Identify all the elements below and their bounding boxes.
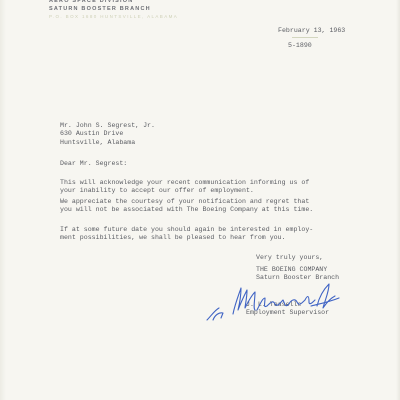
letter-date: February 13, 1963 [278,27,345,35]
body-paragraph-1: This will acknowledge your recent commun… [60,179,309,196]
body-paragraph-3: If at some future date you should again … [60,226,313,243]
body-paragraph-2: We appreciate the courtesy of your notif… [60,198,313,215]
salutation: Dear Mr. Segrest: [60,160,127,168]
company-name: THE BOEING COMPANY [256,266,327,273]
paragraph-line: you will not be associated with The Boei… [60,206,313,213]
paper-edge-right [396,0,400,400]
date-underline [292,37,318,38]
paper-edge-left [0,0,6,400]
paragraph-line: This will acknowledge your recent commun… [60,179,309,186]
paragraph-line: your inability to accept our offer of em… [60,187,254,194]
letterhead-division: AERO SPACE DIVISION [49,0,133,4]
paragraph-line: If at some future date you should again … [60,226,313,233]
letterhead-branch: SATURN BOOSTER BRANCH [49,6,151,12]
recipient-name: Mr. John S. Segrest, Jr. [60,122,155,129]
letter-page: AERO SPACE DIVISION SATURN BOOSTER BRANC… [0,0,400,400]
letterhead-address: P.O. BOX 1680 HUNTSVILLE, ALABAMA [49,14,178,19]
paragraph-line: We appreciate the courtesy of your notif… [60,198,309,205]
handwritten-signature [205,280,345,325]
reference-number: 5-1890 [288,42,312,50]
recipient-address-block: Mr. John S. Segrest, Jr. 630 Austin Driv… [60,122,155,147]
recipient-street: 630 Austin Drive [60,130,123,137]
recipient-city: Huntsville, Alabama [60,139,135,146]
valediction: Very truly yours, [256,254,323,262]
paragraph-line: ment possibilities, we shall be pleased … [60,234,286,241]
